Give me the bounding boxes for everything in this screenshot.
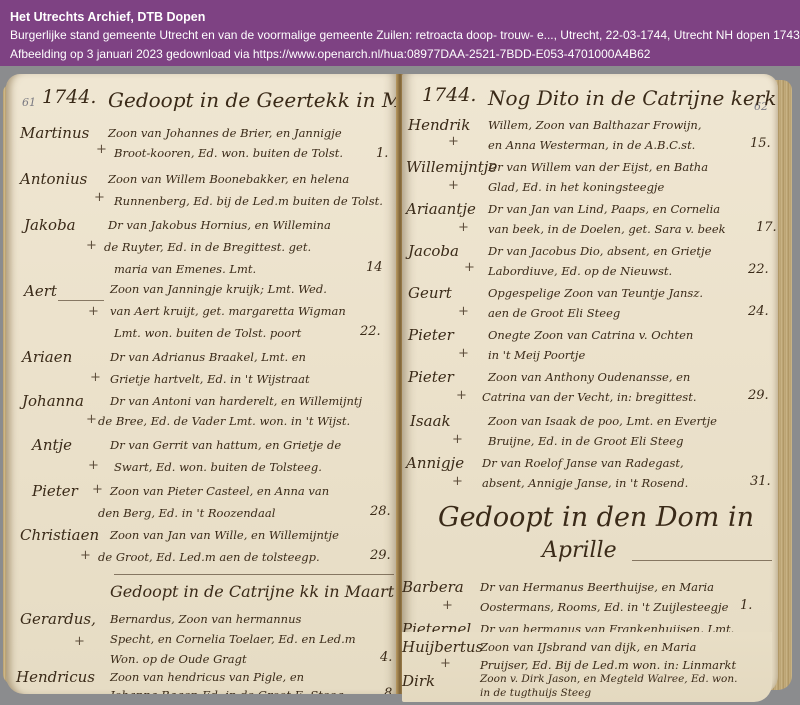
day-number: 28. bbox=[370, 504, 391, 519]
day-number: 1. bbox=[740, 598, 752, 613]
entry-line: in de tugthuijs Steeg bbox=[480, 682, 591, 705]
entry-line: Catrina van der Vecht, in: bregittest. bbox=[482, 386, 697, 409]
entry-line: Dr van Jakobus Hornius, en Willemina bbox=[108, 214, 331, 237]
left-page: 61 1744. Gedoopt in de Geertekk in Maart… bbox=[6, 74, 398, 694]
page-number: 61 bbox=[22, 96, 36, 109]
day-number: 22. bbox=[748, 262, 769, 277]
entry-line: de Bree, Ed. de Vader Lmt. won. in 't Wi… bbox=[98, 410, 350, 433]
child-name: Pieter bbox=[408, 326, 454, 344]
entry-line: Zoon van Pieter Casteel, en Anna van bbox=[110, 480, 329, 503]
entry-line: de Groot, Ed. Led.m aen de tolsteegp. bbox=[98, 546, 320, 569]
source-description: Burgerlijke stand gemeente Utrecht en va… bbox=[10, 26, 790, 45]
child-name: Jakoba bbox=[24, 216, 76, 234]
child-name: Hendrik bbox=[408, 116, 470, 134]
child-name: Annigje bbox=[406, 454, 464, 472]
child-name: Dirk bbox=[402, 672, 435, 690]
cross-mark: + bbox=[464, 260, 475, 275]
cross-mark: + bbox=[448, 134, 459, 149]
day-number: 8. bbox=[384, 686, 396, 694]
entry-line: van beek, in de Doelen, get. Sara v. bee… bbox=[488, 218, 726, 241]
child-name: Antje bbox=[32, 436, 72, 454]
register-scan: 61 1744. Gedoopt in de Geertekk in Maart… bbox=[0, 66, 800, 705]
child-name: Ariaen bbox=[22, 348, 72, 366]
cross-mark: + bbox=[88, 458, 99, 473]
cross-mark: + bbox=[456, 388, 467, 403]
cross-mark: + bbox=[452, 432, 463, 447]
section-heading: Gedoopt in de Catrijne kk in Maart bbox=[110, 582, 394, 601]
child-name: Aert bbox=[24, 282, 57, 300]
child-name: Barbera bbox=[402, 578, 464, 596]
entry-line: Dr van Adrianus Braakel, Lmt. en bbox=[110, 346, 306, 369]
entry-line: Dr van Gerrit van hattum, en Grietje de bbox=[110, 434, 341, 457]
child-name: Antonius bbox=[20, 170, 87, 188]
year-heading: 1744. bbox=[42, 86, 96, 108]
entry-line: Oostermans, Rooms, Ed. in 't Zuijlesteeg… bbox=[480, 596, 728, 619]
cross-mark: + bbox=[452, 474, 463, 489]
cross-mark: + bbox=[80, 548, 91, 563]
section-heading: Gedoopt in den Dom in bbox=[438, 502, 754, 533]
archive-title: Het Utrechts Archief, DTB Dopen bbox=[10, 8, 790, 26]
day-number: 29. bbox=[370, 548, 391, 563]
section-heading: Nog Dito in de Catrijne kerk bbox=[488, 86, 776, 110]
cross-mark: + bbox=[458, 220, 469, 235]
right-page: 62 1744. Nog Dito in de Catrijne kerk He… bbox=[402, 74, 778, 694]
child-name: Pieter bbox=[32, 482, 78, 500]
entry-line: Lmt. won. buiten de Tolst. poort bbox=[114, 322, 301, 345]
cross-mark: + bbox=[86, 238, 97, 253]
right-page-bottom: Huijbertus + Zoon van IJsbrand van dijk,… bbox=[402, 632, 772, 702]
day-number: 31. bbox=[750, 474, 771, 489]
cross-mark: + bbox=[458, 304, 469, 319]
entry-line: Bruijne, Ed. in de Groot Eli Steeg bbox=[488, 430, 683, 453]
cross-mark: + bbox=[88, 304, 99, 319]
entry-line: Swart, Ed. won. buiten de Tolsteeg. bbox=[114, 456, 322, 479]
entry-line: den Berg, Ed. in 't Roozendaal bbox=[98, 502, 275, 525]
child-name: Geurt bbox=[408, 284, 452, 302]
entry-line: aen de Groot Eli Steeg bbox=[488, 302, 620, 325]
archive-header: Het Utrechts Archief, DTB Dopen Burgerli… bbox=[0, 0, 800, 66]
section-heading-month: Aprille bbox=[542, 538, 617, 563]
child-name: Pieter bbox=[408, 368, 454, 386]
day-number: 4. bbox=[380, 650, 392, 665]
child-name: Johanna bbox=[22, 392, 84, 410]
entry-line: Labordiuve, Ed. op de Nieuwst. bbox=[488, 260, 672, 283]
child-name: Willemijntje bbox=[406, 158, 497, 176]
day-number: 29. bbox=[748, 388, 769, 403]
cross-mark: + bbox=[94, 190, 105, 205]
cross-mark: + bbox=[96, 142, 107, 157]
cross-mark: + bbox=[74, 634, 85, 649]
entry-line: van Aert kruijt, get. margaretta Wigman bbox=[110, 300, 346, 323]
entry-line: absent, Annigje Janse, in 't Rosend. bbox=[482, 472, 688, 495]
child-name: Jacoba bbox=[408, 242, 459, 260]
entry-line: in 't Meij Poortje bbox=[488, 344, 585, 367]
entry-line: Broot-kooren, Ed. won. buiten de Tolst. bbox=[114, 142, 343, 165]
cross-mark: + bbox=[86, 412, 97, 427]
year-heading: 1744. bbox=[422, 84, 476, 106]
child-name: Christiaen bbox=[20, 526, 99, 544]
entry-line: de Ruyter, Ed. in de Bregittest. get. bbox=[104, 236, 311, 259]
day-number: 22. bbox=[360, 324, 381, 339]
cross-mark: + bbox=[90, 370, 101, 385]
child-name: Huijbertus bbox=[402, 638, 483, 656]
child-name: Martinus bbox=[20, 124, 89, 142]
cross-mark: + bbox=[442, 598, 453, 613]
download-info: Afbeelding op 3 januari 2023 gedownload … bbox=[10, 45, 790, 64]
child-name: Hendricus bbox=[16, 668, 95, 686]
entry-line: Zoon van Jan van Wille, en Willemijntje bbox=[110, 524, 339, 547]
entry-line: Grietje hartvelt, Ed. in 't Wijstraat bbox=[110, 368, 310, 391]
child-name: Isaak bbox=[410, 412, 451, 430]
child-name: Gerardus, bbox=[20, 610, 96, 628]
day-number: 17. bbox=[756, 220, 777, 235]
cross-mark: + bbox=[448, 178, 459, 193]
entry-line: Runnenberg, Ed. bij de Led.m buiten de T… bbox=[114, 190, 383, 213]
entry-line: en Anna Westerman, in de A.B.C.st. bbox=[488, 134, 695, 157]
day-number: 14 bbox=[366, 260, 383, 275]
cross-mark: + bbox=[458, 346, 469, 361]
entry-line: Zoon van Janningje kruijk; Lmt. Wed. bbox=[110, 278, 327, 301]
day-number: 24. bbox=[748, 304, 769, 319]
entry-line: Zoon van Willem Boonebakker, en helena bbox=[108, 168, 349, 191]
entry-line: Johanna Bager, Ed. in de Groot E. Steeg. bbox=[110, 684, 347, 694]
day-number: 1. bbox=[376, 146, 388, 161]
cross-mark: + bbox=[92, 482, 103, 497]
cross-mark: + bbox=[440, 656, 451, 671]
day-number: 15. bbox=[750, 136, 771, 151]
entry-line: Glad, Ed. in het koningsteegje bbox=[488, 176, 664, 199]
section-heading: Gedoopt in de Geertekk in Maart bbox=[108, 88, 398, 112]
child-name: Ariaantje bbox=[406, 200, 476, 218]
